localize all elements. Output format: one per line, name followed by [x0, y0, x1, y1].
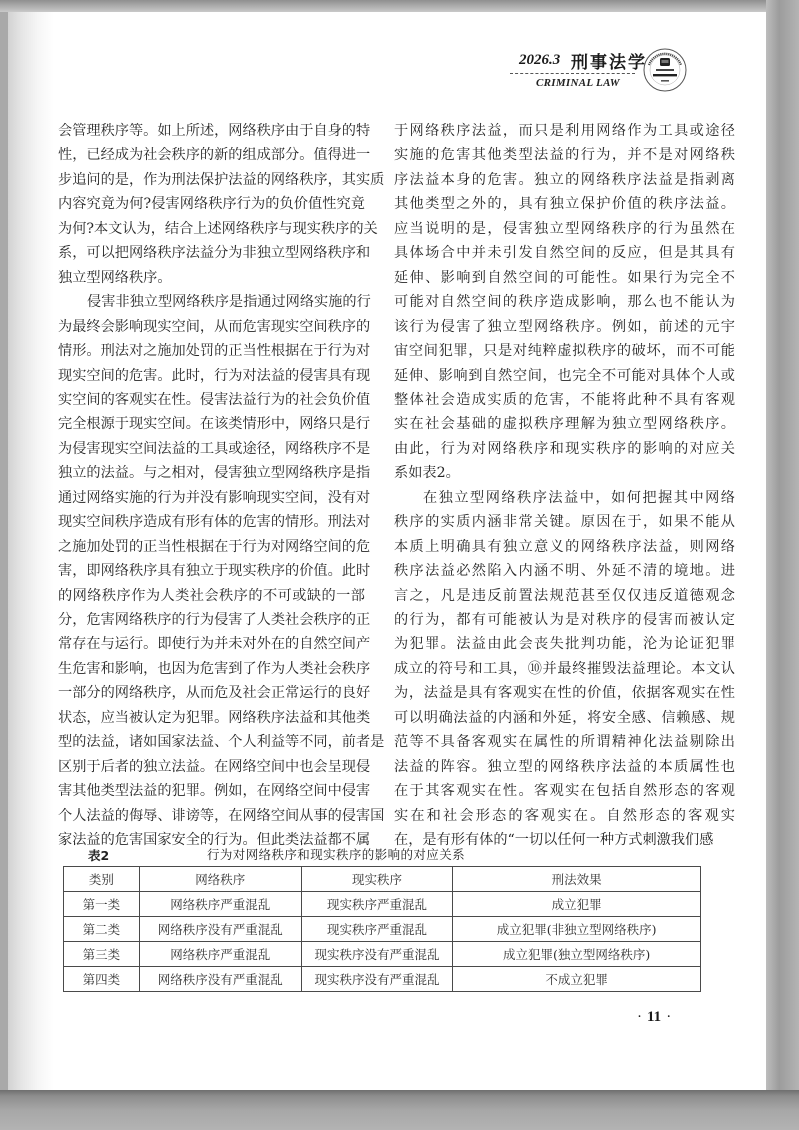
text-line: 宙空间犯罪，只是对纯粹虚拟秩序的破坏，而不可能 — [394, 341, 735, 361]
text-line: 序法益本身的危害。独立的网络秩序法益是指剥离 — [394, 170, 735, 190]
text-line: 具体场合中并未引发自然空间的反应，但是其具有 — [394, 243, 735, 263]
cell-category: 第二类 — [64, 917, 140, 942]
text-line: 系如表2。 — [394, 463, 735, 483]
text-line: 之施加处罚的正当性根据在于行为对网络空间的危 — [58, 537, 365, 557]
text-line: 言之，凡是违反前置法规范甚至仅仅违反道德观念 — [394, 586, 735, 606]
text-line: 实空间的客观实在性。侵害法益行为的社会负价值 — [58, 390, 365, 410]
text-line: 在于其客观实在性。客观实在包括自然形态的客观 — [394, 781, 735, 801]
scan-border-top — [0, 0, 799, 12]
text-line: 本质上明确具有独立意义的网络秩序法益，则网络 — [394, 537, 735, 557]
cell-real-order: 现实秩序没有严重混乱 — [301, 942, 452, 967]
text-line: 成立的符号和工具，⑩并最终摧毁法益理论。本文认 — [394, 659, 735, 679]
text-line: 为犯罪。法益由此会丧失批判功能，沦为论证犯罪 — [394, 634, 735, 654]
text-line: 分，危害网络秩序的行为侵害了人类社会秩序的正 — [58, 610, 365, 630]
header-criminal-effect: 刑法效果 — [453, 867, 701, 892]
cell-criminal-effect: 成立犯罪(非独立型网络秩序) — [453, 917, 701, 942]
text-line: 的行为，都有可能被认为是对秩序的侵害而被认定 — [394, 610, 735, 630]
cell-category: 第三类 — [64, 942, 140, 967]
text-line: 独立型网络秩序。 — [58, 268, 365, 288]
table-label: 表2 — [88, 846, 109, 864]
table-caption: 行为对网络秩序和现实秩序的影响的对应关系 — [207, 845, 465, 863]
text-line: 生危害和影响，也因为危害到了作为人类社会秩序 — [58, 659, 365, 679]
text-line: 可能对自然空间的秩序造成影响，那么也不能认为 — [394, 292, 735, 312]
text-line: 系，可以把网络秩序法益分为非独立型网络秩序和 — [58, 243, 365, 263]
seal-logo-icon — [642, 45, 688, 95]
text-line: 应当说明的是，侵害独立型网络秩序的行为虽然在 — [394, 219, 735, 239]
text-line: 一部分的网络秩序，从而危及社会正常运行的良好 — [58, 683, 365, 703]
text-line: 通过网络实施的行为并没有影响现实空间，没有对 — [58, 488, 365, 508]
text-line: 内容究竟为何?侵害网络秩序行为的负价值性究竟 — [58, 194, 365, 214]
page-number: ·11· — [632, 1009, 676, 1026]
header-category: 类别 — [64, 867, 140, 892]
text-line: 完全根源于现实空间。在该类情形中，网络只是行 — [58, 414, 365, 434]
text-line: 该行为侵害了独立型网络秩序。例如，前述的元宇 — [394, 317, 735, 337]
text-line: 于网络秩序法益，而只是利用网络作为工具或途径 — [394, 121, 735, 141]
cell-criminal-effect: 成立犯罪 — [453, 892, 701, 917]
binding-shadow — [8, 12, 54, 1090]
page-dot-right: · — [666, 1009, 671, 1025]
text-line: 整体社会造成实质的危害，不能将此种不具有客观 — [394, 390, 735, 410]
journal-title-english: CRIMINAL LAW — [536, 77, 620, 89]
text-line: 为最终会影响现实空间，从而危害现实空间秩序的 — [58, 317, 365, 337]
text-line: 现实空间秩序造成有形有体的危害的情形。刑法对 — [58, 512, 365, 532]
header-real-order: 现实秩序 — [301, 867, 452, 892]
table-row: 第一类 网络秩序严重混乱 现实秩序严重混乱 成立犯罪 — [64, 892, 701, 917]
text-line: 其他类型之外的，具有独立保护价值的秩序法益。 — [394, 194, 735, 214]
text-line: 秩序法益必然陷入内涵不明、外延不清的境地。进 — [394, 561, 735, 581]
text-line: 秩序的实质内涵非常关键。原因在于，如果不能从 — [394, 512, 735, 532]
cell-real-order: 现实秩序没有严重混乱 — [301, 967, 452, 992]
page-dot-left: · — [637, 1009, 642, 1025]
cell-network-order: 网络秩序严重混乱 — [139, 892, 301, 917]
cell-network-order: 网络秩序没有严重混乱 — [139, 917, 301, 942]
page-number-value: 11 — [647, 1009, 661, 1025]
text-line: 法益的阵容。独立型的网络秩序法益的本质属性也 — [394, 757, 735, 777]
text-line: 侵害非独立型网络秩序是指通过网络实施的行 — [58, 292, 365, 312]
scan-border-right — [766, 0, 799, 1130]
text-line: 性，已经成为社会秩序的新的组成部分。值得进一 — [58, 145, 365, 165]
text-line: 实施的危害其他类型法益的行为，并不是对网络秩 — [394, 145, 735, 165]
text-line: 实在社会基础的虚拟秩序理解为独立型网络秩序。 — [394, 414, 735, 434]
cell-criminal-effect: 不成立犯罪 — [453, 967, 701, 992]
text-line: 害，即网络秩序具有独立于现实秩序的价值。此时 — [58, 561, 365, 581]
cell-criminal-effect: 成立犯罪(独立型网络秩序) — [453, 942, 701, 967]
cell-category: 第一类 — [64, 892, 140, 917]
text-line: 情形。刑法对之施加处罚的正当性根据在于行为对 — [58, 341, 365, 361]
text-line: 独立的法益。与之相对，侵害独立型网络秩序是指 — [58, 463, 365, 483]
text-line: 现实空间的危害。此时，行为对法益的侵害具有现 — [58, 366, 365, 386]
text-line: 状态，应当被认定为犯罪。网络秩序法益和其他类 — [58, 708, 365, 728]
cell-real-order: 现实秩序严重混乱 — [301, 917, 452, 942]
text-line: 害其他类型法益的犯罪。例如，在网络空间中侵害 — [58, 781, 365, 801]
cell-network-order: 网络秩序没有严重混乱 — [139, 967, 301, 992]
cell-real-order: 现实秩序严重混乱 — [301, 892, 452, 917]
table-row: 第四类 网络秩序没有严重混乱 现实秩序没有严重混乱 不成立犯罪 — [64, 967, 701, 992]
text-line: 为，法益是具有客观实在性的价值，依据客观实在性 — [394, 683, 735, 703]
journal-title: 刑事法学 — [571, 48, 647, 73]
text-line: 实在和社会形态的客观实在。自然形态的客观实 — [394, 806, 735, 826]
text-line: 个人法益的侮辱、诽谤等，在网络空间从事的侵害国 — [58, 806, 365, 826]
table-header-row: 类别 网络秩序 现实秩序 刑法效果 — [64, 867, 701, 892]
text-line: 在独立型网络秩序法益中，如何把握其中网络 — [394, 488, 735, 508]
text-line: 的网络秩序作为人类社会秩序的不可或缺的一部 — [58, 586, 365, 606]
text-line: 可以明确法益的内涵和外延，将安全感、信赖感、规 — [394, 708, 735, 728]
table-row: 第二类 网络秩序没有严重混乱 现实秩序严重混乱 成立犯罪(非独立型网络秩序) — [64, 917, 701, 942]
text-line: 常存在与运行。即使行为并未对外在的自然空间产 — [58, 634, 365, 654]
text-line: 步追问的是，作为刑法保护法益的网络秩序，其实质 — [58, 170, 365, 190]
header-rule — [510, 73, 635, 74]
text-line: 由此，行为对网络秩序和现实秩序的影响的对应关 — [394, 439, 735, 459]
scan-border-bottom — [0, 1090, 799, 1130]
header-network-order: 网络秩序 — [139, 867, 301, 892]
text-line: 会管理秩序等。如上所述，网络秩序由于自身的特 — [58, 121, 365, 141]
text-line: 为侵害现实空间法益的工具或途径，网络秩序不是 — [58, 439, 365, 459]
text-line: 型的法益，诸如国家法益、个人利益等不同，前者是 — [58, 732, 365, 752]
table-2: 类别 网络秩序 现实秩序 刑法效果 第一类 网络秩序严重混乱 现实秩序严重混乱 … — [63, 866, 701, 992]
issue-number: 2026.3 — [519, 52, 560, 69]
text-line: 区别于后者的独立法益。在网络空间中也会呈现侵 — [58, 757, 365, 777]
text-line: 延伸、影响到自然空间，也完全不可能对具体个人或 — [394, 366, 735, 386]
cell-category: 第四类 — [64, 967, 140, 992]
table-row: 第三类 网络秩序严重混乱 现实秩序没有严重混乱 成立犯罪(独立型网络秩序) — [64, 942, 701, 967]
cell-network-order: 网络秩序严重混乱 — [139, 942, 301, 967]
text-line: 延伸、影响到自然空间的可能性。如果行为完全不 — [394, 268, 735, 288]
text-line: 范等不具备客观实在属性的所谓精神化法益剔除出 — [394, 732, 735, 752]
text-line: 为何?本文认为，结合上述网络秩序与现实秩序的关 — [58, 219, 365, 239]
